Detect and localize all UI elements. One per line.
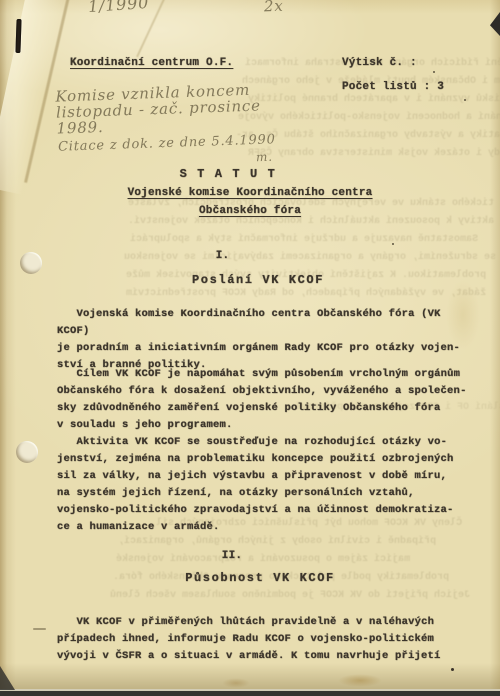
body-paragraph: VK KCOF v přiměřených lhůtách pravidelně… xyxy=(57,614,477,665)
body-paragraph: Cílem VK KCOF je napomáhat svým působení… xyxy=(57,366,477,434)
org-header: Koordinační centrum O.F. xyxy=(70,55,233,72)
bleedthrough-line: své práci vyznání a hodnocení vojensko-p… xyxy=(238,110,500,125)
document-page: vhodných umístění řídících orgánů KCOF, … xyxy=(0,0,500,691)
section-i-number: I. xyxy=(0,248,445,265)
stain xyxy=(338,674,382,687)
speck xyxy=(451,668,454,671)
speck xyxy=(464,99,466,101)
pencil-dash xyxy=(33,628,46,630)
copy-count-note: 2x xyxy=(264,0,284,15)
sheet-count-label: Počet listů : 3 xyxy=(342,79,444,96)
document-title: S T A T U T xyxy=(0,166,456,183)
speck xyxy=(433,71,435,73)
section-ii-heading: Působnost VK KCOF xyxy=(10,570,500,587)
punch-hole-bottom xyxy=(16,441,38,463)
torn-corner-shadow xyxy=(490,12,500,36)
bleedthrough-line: Samostatně navazuje a udržuje informační… xyxy=(130,232,478,247)
handwritten-initial: m. xyxy=(256,150,273,165)
bottom-left-shadow xyxy=(0,660,15,690)
bleedthrough-line: mády i otázek vojsk ministerstva obrany … xyxy=(248,146,500,161)
stain xyxy=(222,678,250,688)
archive-number-note: 1/1990 xyxy=(87,0,149,16)
print-number-label: Výtisk č. : xyxy=(342,55,417,72)
handwritten-date-note: Komise vznikla koncem listopadu - zač. p… xyxy=(55,81,261,136)
section-ii-number: II. xyxy=(0,548,464,565)
bleedthrough-line: Jejich přijetí do VK KCOF je podmíněno s… xyxy=(110,588,470,603)
document-subtitle-line1: Vojenské komise Koordinačního centra xyxy=(0,185,500,202)
section-i-heading: Poslání VK KCOF xyxy=(8,272,500,289)
document-subtitle-line2: Občanského fóra xyxy=(0,203,500,220)
scanned-document: vhodných umístění řídících orgánů KCOF, … xyxy=(0,0,500,696)
body-paragraph: Aktivita VK KCOF se soustřeďuje na rozho… xyxy=(57,434,477,536)
stain xyxy=(446,280,480,350)
bleedthrough-line: případně i civilní osoby z jiných orgánů… xyxy=(118,534,436,549)
body-paragraph: Vojenská komise Koordinačního centra Obč… xyxy=(57,306,477,374)
speck xyxy=(392,243,394,245)
